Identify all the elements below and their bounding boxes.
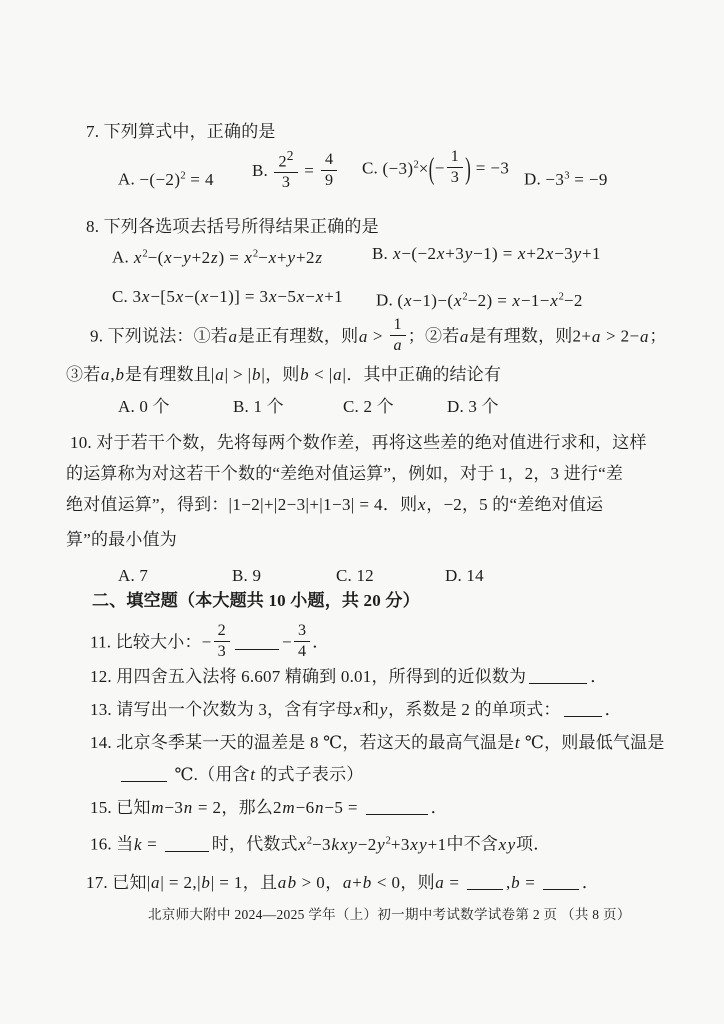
math-expression: − [202, 633, 212, 652]
text-run: ； [649, 327, 666, 346]
question-9-option-a: A. 0 个 [118, 394, 170, 419]
text-run: ℃.（用含 [170, 765, 250, 784]
fraction-denominator: 4 [294, 642, 310, 661]
question-14-line-2: ℃.（用含t 的式子表示） [118, 762, 364, 787]
math-expression: (−3)2× [382, 159, 428, 178]
math-expression: x−(−2x+3y−1) = x+2x−3y+1 [392, 244, 600, 263]
fraction-denominator: 9 [321, 171, 337, 190]
fraction-numerator: 1 [447, 148, 463, 168]
question-9-stem-line-1: 9. 下列说法：①若a是正有理数，则a > 1a；②若a是有理数，则2+a > … [90, 318, 667, 357]
question-10-line-1: 10. 对于若干个数，先将每两个数作差，再将这些差的绝对值进行求和，这样 [70, 430, 647, 455]
question-7-option-b: B. 223 = 49 [252, 150, 339, 195]
math-expression: = [300, 161, 319, 180]
math-expression: 2m−6n−5 = [273, 798, 363, 817]
text-run: 算”的最小值为 [66, 530, 177, 549]
text-run: 8. 下列各选项去括号所得结果正确的是 [86, 217, 379, 236]
text-run: ． [431, 798, 448, 817]
question-10-option-a: A. 7 [118, 563, 148, 588]
question-7-option-a: A. −(−2)2 = 4 [118, 163, 214, 192]
question-12: 12. 用四舍五入法将 6.607 精确到 0.01，所得到的近似数为． [90, 664, 607, 689]
math-expression: |a| > |b| [211, 365, 265, 384]
text-run: 二、填空题（本大题共 10 小题，共 20 分） [92, 591, 420, 610]
question-10-option-b: B. 9 [232, 563, 261, 588]
text-run: 13. 请写出一个次数为 3，含有字母 [90, 700, 353, 719]
fraction-numerator: 3 [294, 622, 310, 642]
math-expression: −33 = −9 [545, 170, 607, 189]
text-run: C. [362, 159, 382, 178]
math-expression: b < |a| [300, 365, 347, 384]
text-run: 11. 比较大小： [90, 633, 202, 652]
text-run: 中不含 [447, 835, 499, 854]
question-10-option-c: C. 12 [336, 563, 374, 588]
text-run: ，且 [243, 873, 277, 892]
math-expression: a+b < 0 [342, 873, 400, 892]
fraction-numerator: 1 [390, 316, 406, 336]
question-7-option-d: D. −33 = −9 [524, 163, 608, 192]
exam-paper-page: 7. 下列算式中，正确的是A. −(−2)2 = 4B. 223 = 49C. … [0, 0, 724, 1024]
text-run: 的式子表示） [256, 765, 364, 784]
text-run: C. [112, 287, 132, 306]
question-9-stem-line-2: ③若a,b是有理数且|a| > |b|，则b < |a|．其中正确的结论有 [66, 362, 501, 387]
text-run: ，系数是 2 的单项式： [388, 700, 560, 719]
question-14-line-1: 14. 北京冬季某一天的温差是 8 ℃，若这天的最高气温是t ℃，则最低气温是 [90, 730, 665, 755]
answer-blank [235, 634, 279, 650]
math-expression: a,b [100, 365, 124, 384]
text-run: 16. 当 [90, 835, 134, 854]
math-expression: ,b = [506, 873, 540, 892]
fraction-numerator: 4 [321, 151, 337, 171]
math-expression: 2+a > 2−a [573, 327, 650, 346]
text-run: 10. 对于若干个数，先将每两个数作差，再将这些差的绝对值进行求和，这样 [70, 433, 647, 452]
text-run: ，那么 [221, 798, 273, 817]
answer-blank [564, 701, 602, 717]
fraction-denominator: 3 [447, 168, 463, 187]
text-run: B. 9 [232, 566, 261, 585]
text-run: ． [582, 873, 599, 892]
text-run: D. [376, 291, 397, 310]
question-9-option-b: B. 1 个 [233, 394, 284, 419]
text-run: C. 12 [336, 566, 374, 585]
text-run: B. [372, 244, 392, 263]
text-run: B. 1 个 [233, 397, 284, 416]
math-expression: a = [435, 873, 464, 892]
text-run: 和 [362, 700, 379, 719]
math-expression: a [228, 327, 238, 346]
text-run: 7. 下列算式中，正确的是 [86, 122, 276, 141]
text-run: ．则 [383, 495, 417, 514]
math-expression: m−3n = 2 [151, 798, 222, 817]
math-expression: x2−3kxy−2y2+3xy+1 [298, 835, 447, 854]
fraction: 223 [274, 148, 297, 193]
text-run: ， [325, 873, 342, 892]
text-run: 15. 已知 [90, 798, 151, 817]
question-16: 16. 当k = 时，代数式x2−3kxy−2y2+3xy+1中不含xy项． [90, 828, 550, 857]
text-run: ．其中正确的结论有 [346, 365, 501, 384]
answer-blank [529, 668, 587, 684]
answer-blank [467, 874, 503, 890]
math-expression: a > [358, 327, 387, 346]
text-run: 是正有理数，则 [238, 327, 358, 346]
fraction: 13 [447, 148, 463, 187]
text-run: 项． [516, 835, 550, 854]
question-10-option-d: D. 14 [445, 563, 484, 588]
answer-blank [366, 799, 428, 815]
math-expression: x2−(x−y+2z) = x2−x+y+2z [133, 248, 323, 267]
text-run: ，则 [265, 365, 299, 384]
math-expression: x [353, 700, 362, 719]
math-expression: |1−2|+|2−3|+|1−3| = 4 [229, 495, 383, 514]
question-13: 13. 请写出一个次数为 3，含有字母x和y，系数是 2 的单项式：． [90, 697, 622, 722]
math-expression: x [417, 495, 426, 514]
text-run: ；②若 [408, 327, 460, 346]
text-run: ℃，则最低气温是 [520, 733, 664, 752]
text-run: ，则 [400, 873, 434, 892]
question-10-line-4: 算”的最小值为 [66, 527, 177, 552]
text-run: C. 2 个 [343, 397, 394, 416]
page-footer: 北京师大附中 2024—2025 学年（上）初一期中考试数学试卷第 2 页 （共… [148, 902, 631, 927]
text-run: 时，代数式 [212, 835, 298, 854]
text-run: B. [252, 161, 272, 180]
math-expression: |a| = 2,|b| = 1 [147, 873, 243, 892]
question-11: 11. 比较大小：−23−34． [90, 624, 329, 663]
math-expression: = −3 [471, 159, 509, 178]
text-run: 是有理数且 [125, 365, 211, 384]
math-expression: ( [429, 146, 435, 191]
fraction: 23 [214, 622, 230, 661]
text-run: ． [605, 700, 622, 719]
fraction-denominator: 3 [214, 642, 230, 661]
question-17: 17. 已知|a| = 2,|b| = 1，且ab > 0，a+b < 0，则a… [86, 870, 599, 895]
fraction-denominator: a [390, 336, 406, 355]
question-8-option-d: D. (x−1)−(x2−2) = x−1−x2−2 [376, 284, 583, 313]
text-run: 是有理数，则 [469, 327, 572, 346]
question-7-stem: 7. 下列算式中，正确的是 [86, 119, 276, 144]
fraction-denominator: 3 [278, 173, 294, 192]
fraction: 1a [390, 316, 406, 355]
question-8-option-c: C. 3x−[5x−(x−1)] = 3x−5x−x+1 [112, 284, 343, 309]
answer-blank [121, 766, 167, 782]
text-run: D. [524, 170, 545, 189]
math-expression: ab > 0 [277, 873, 325, 892]
fraction: 34 [294, 622, 310, 661]
text-run: 12. 用四舍五入法将 6.607 精确到 0.01，所得到的近似数为 [90, 667, 526, 686]
fraction-numerator: 2 [214, 622, 230, 642]
text-run: D. 14 [445, 566, 484, 585]
question-8-option-b: B. x−(−2x+3y−1) = x+2x−3y+1 [372, 241, 601, 266]
question-10-line-3: 绝对值运算”，得到：|1−2|+|2−3|+|1−3| = 4．则x，−2，5 … [66, 492, 603, 517]
text-run: 绝对值运算”，得到： [66, 495, 229, 514]
math-expression: 3x−[5x−(x−1)] = 3x−5x−x+1 [132, 287, 343, 306]
text-run: 的运算称为对这若干个数的“差绝对值运算”，例如，对于 1，2，3 进行“差 [66, 464, 623, 483]
question-15: 15. 已知m−3n = 2，那么2m−6n−5 = ． [90, 795, 448, 820]
text-run: ． [590, 667, 607, 686]
answer-blank [165, 836, 209, 852]
text-run: A. [112, 248, 133, 267]
math-expression: y [379, 700, 388, 719]
text-run: ③若 [66, 365, 100, 384]
text-run: 14. 北京冬季某一天的温差是 8 ℃，若这天的最高气温是 [90, 733, 514, 752]
text-run: 17. 已知 [86, 873, 147, 892]
math-expression: k = [134, 835, 162, 854]
math-expression: ) [465, 146, 471, 191]
math-expression: (x−1)−(x2−2) = x−1−x2−2 [397, 291, 582, 310]
math-expression: xy [498, 835, 516, 854]
text-run: A. 0 个 [118, 397, 170, 416]
text-run: D. 3 个 [447, 397, 499, 416]
section-2-header: 二、填空题（本大题共 10 小题，共 20 分） [92, 588, 420, 613]
text-run: A. 7 [118, 566, 148, 585]
text-run: ． [312, 633, 329, 652]
question-8-option-a: A. x2−(x−y+2z) = x2−x+y+2z [112, 241, 323, 270]
fraction-numerator: 22 [274, 148, 297, 173]
math-expression: −(−2)2 = 4 [139, 170, 213, 189]
question-8-stem: 8. 下列各选项去括号所得结果正确的是 [86, 214, 379, 239]
text-run: ，−2，5 的“差绝对值运 [426, 495, 603, 514]
question-10-line-2: 的运算称为对这若干个数的“差绝对值运算”，例如，对于 1，2，3 进行“差 [66, 461, 623, 486]
math-expression: − [435, 159, 445, 178]
question-9-option-c: C. 2 个 [343, 394, 394, 419]
text-run: 北京师大附中 2024—2025 学年（上）初一期中考试数学试卷第 2 页 （共… [148, 907, 631, 922]
question-9-option-d: D. 3 个 [447, 394, 499, 419]
answer-blank [543, 874, 579, 890]
question-7-option-c: C. (−3)2×(−13) = −3 [362, 150, 509, 189]
text-run: 9. 下列说法：①若 [90, 327, 228, 346]
text-run: A. [118, 170, 139, 189]
fraction: 49 [321, 151, 337, 190]
math-expression: a [459, 327, 469, 346]
math-expression: − [282, 633, 292, 652]
